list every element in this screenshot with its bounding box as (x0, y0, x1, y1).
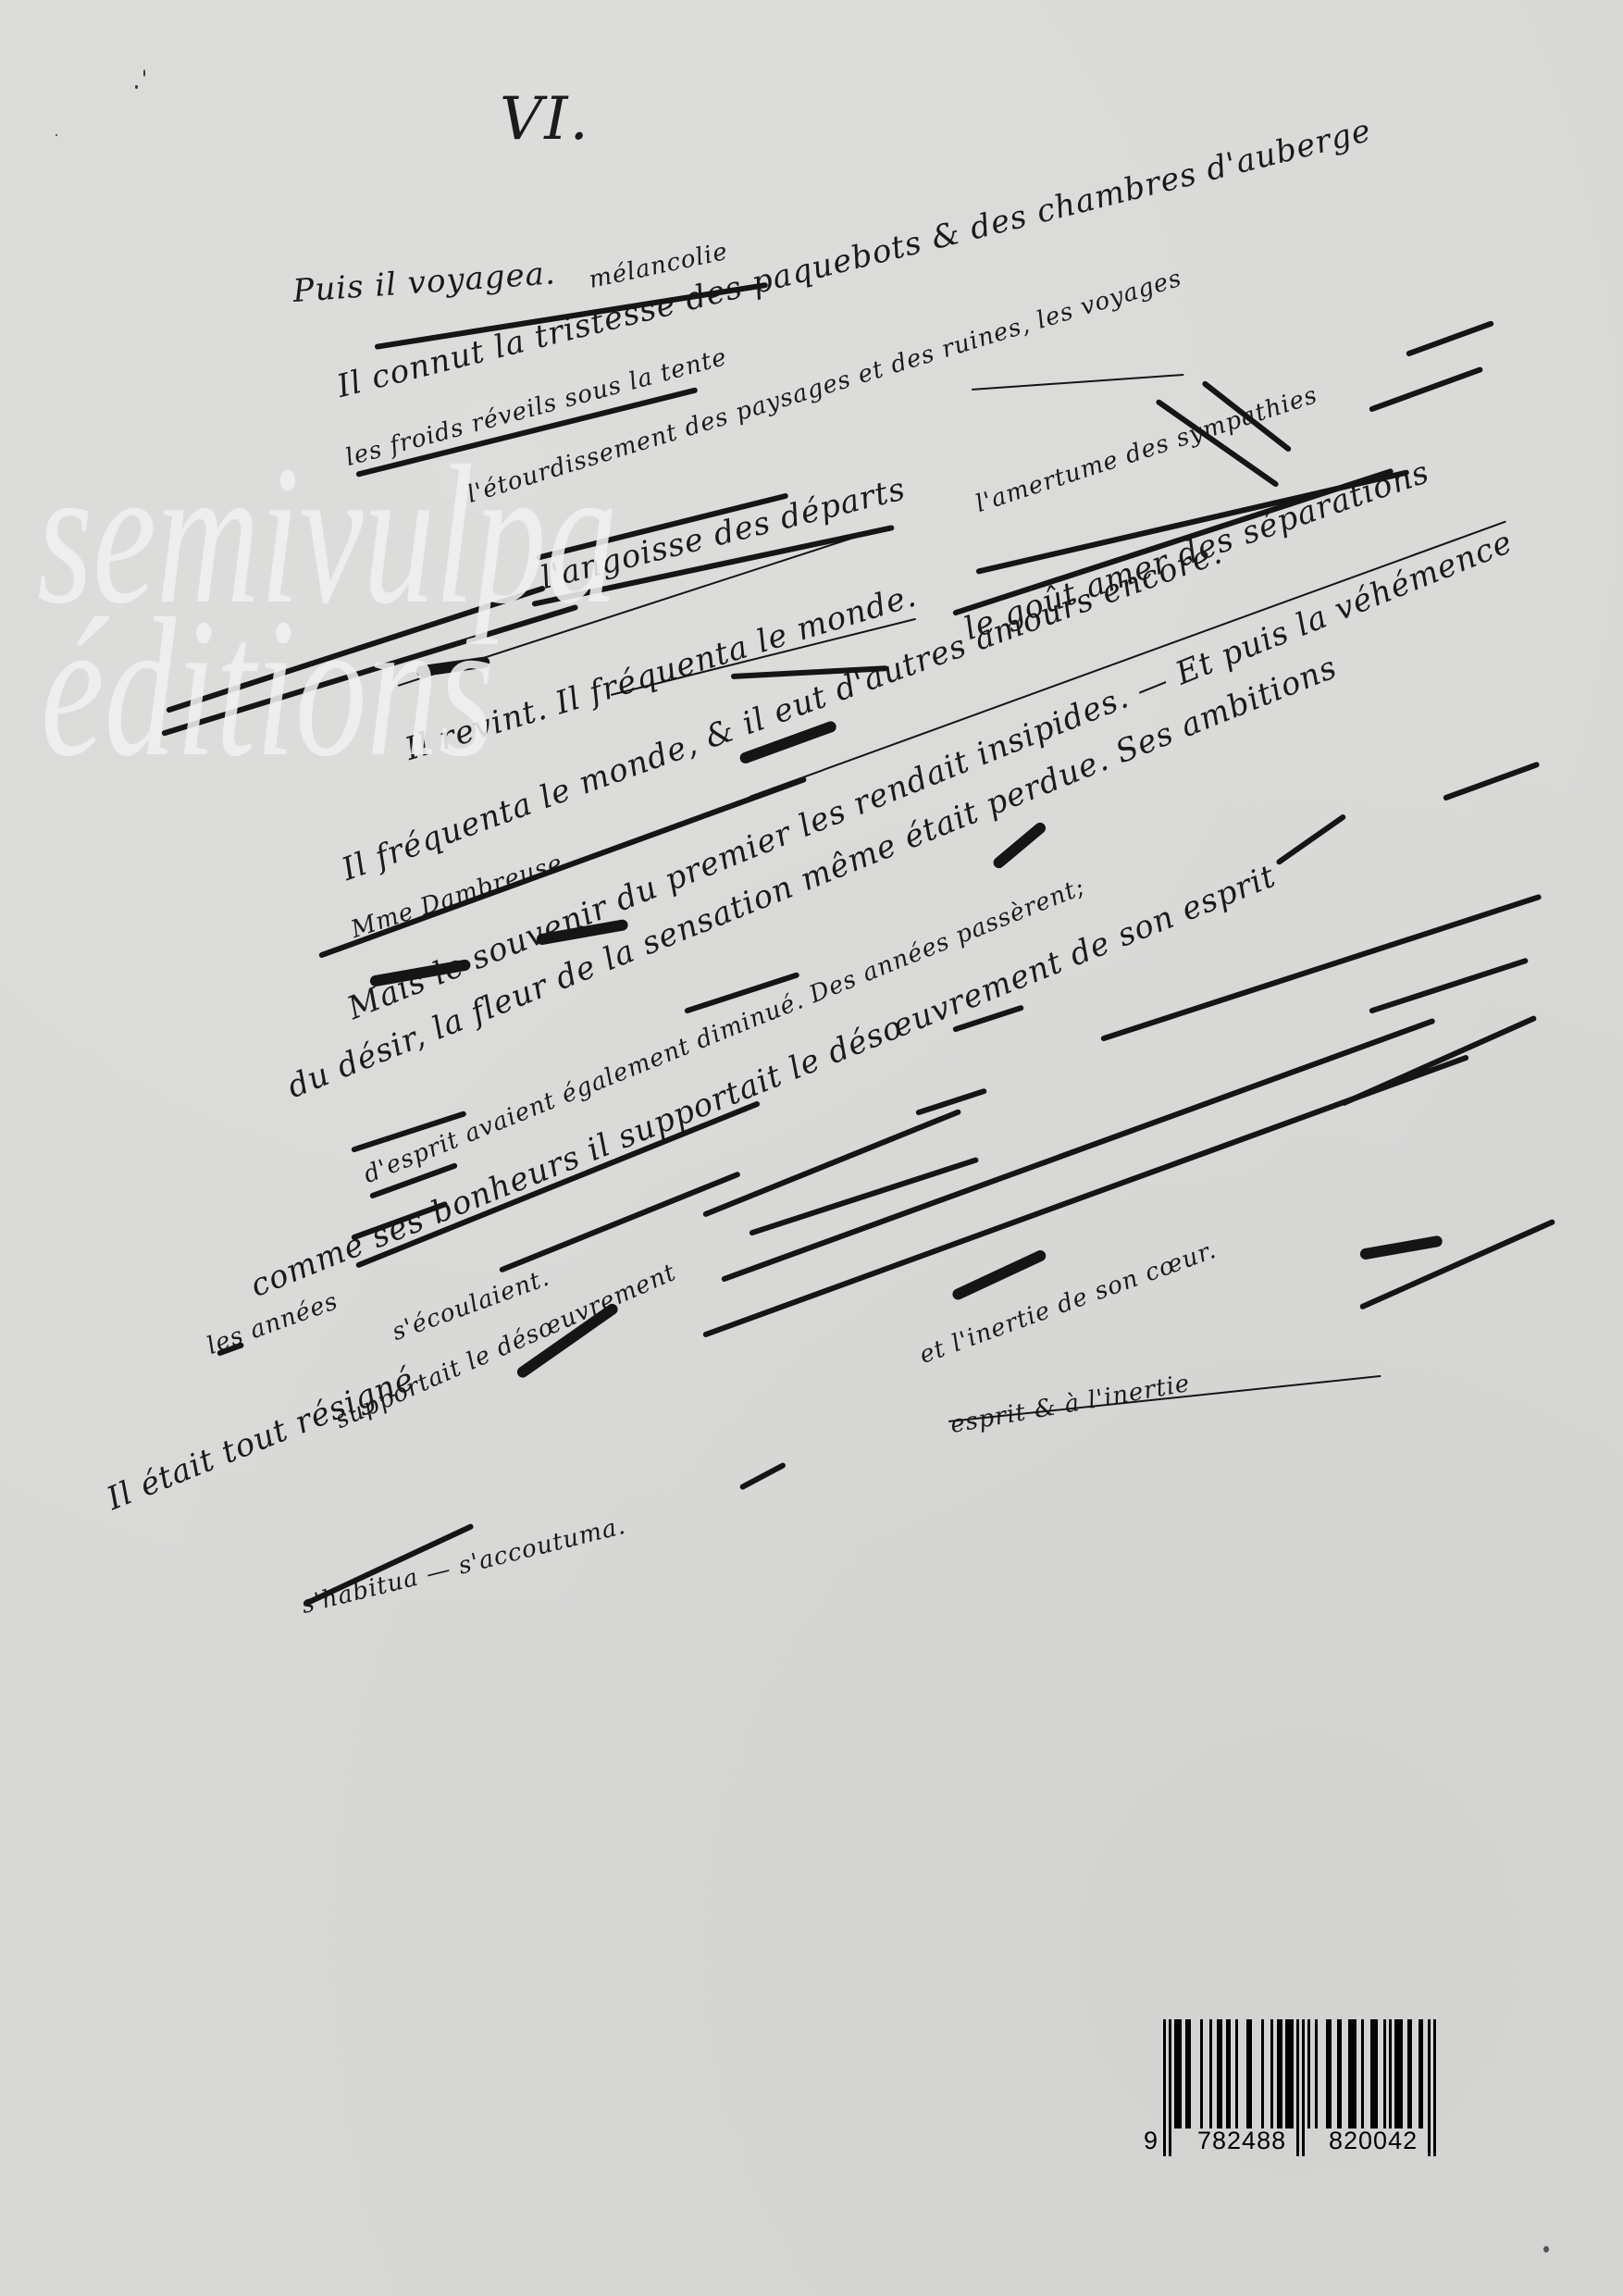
manuscript-line: l'amertume des sympathies (973, 381, 1321, 518)
manuscript-line: esprit & à l'inertie (948, 1370, 1193, 1439)
barcode-bar (1209, 2019, 1212, 2128)
handwritten-manuscript: Puis il voyagea.mélancolieIl connut la t… (0, 0, 1623, 2296)
barcode-bar (1428, 2019, 1431, 2156)
paper-speck (56, 134, 57, 136)
barcode-bar (1235, 2019, 1238, 2128)
barcode-bar (1407, 2019, 1412, 2128)
barcode-bar (1433, 2019, 1436, 2156)
barcode-bar (1383, 2019, 1386, 2128)
barcode-bar (1261, 2019, 1264, 2128)
barcode-bar (1394, 2019, 1403, 2128)
barcode-bar (1296, 2019, 1299, 2156)
barcode-digit-prefix: 9 (1144, 2127, 1158, 2155)
barcode-bars (1163, 2019, 1441, 2141)
manuscript-line: Puis il voyagea. (291, 254, 557, 310)
paper-speck (135, 85, 138, 89)
barcode-bar (1246, 2019, 1252, 2128)
barcode-bar (1326, 2019, 1332, 2128)
barcode-digits-group1: 782488 (1197, 2127, 1286, 2155)
paper-speck (1543, 2246, 1549, 2253)
barcode-bar (1163, 2019, 1166, 2156)
paper-speck (143, 69, 145, 77)
barcode-bar (1370, 2019, 1378, 2128)
barcode-bar (1226, 2019, 1231, 2128)
barcode-bar (1200, 2019, 1203, 2128)
barcode-bar (1217, 2019, 1222, 2128)
barcode-bar (1307, 2019, 1310, 2128)
barcode-bar (1169, 2019, 1171, 2156)
barcode-bar (1185, 2019, 1191, 2128)
barcode-bar (1285, 2019, 1294, 2128)
barcode-bar (1315, 2019, 1318, 2128)
barcode-bar (1337, 2019, 1342, 2128)
barcode-bar (1419, 2019, 1423, 2128)
barcode-bar (1277, 2019, 1282, 2128)
manuscript-line: Il était tout résigné (102, 1360, 420, 1518)
manuscript-line: et l'inertie de son cœur. (916, 1236, 1220, 1370)
barcode-bar (1174, 2019, 1182, 2128)
barcode-digits-group2: 820042 (1329, 2127, 1418, 2155)
barcode-bar (1389, 2019, 1392, 2128)
barcode-bar (1361, 2019, 1364, 2128)
barcode-bar (1348, 2019, 1357, 2128)
barcode-bar (1270, 2019, 1273, 2128)
isbn-barcode: 9 782488 820042 (1144, 2008, 1449, 2166)
barcode-bar (1302, 2019, 1305, 2156)
